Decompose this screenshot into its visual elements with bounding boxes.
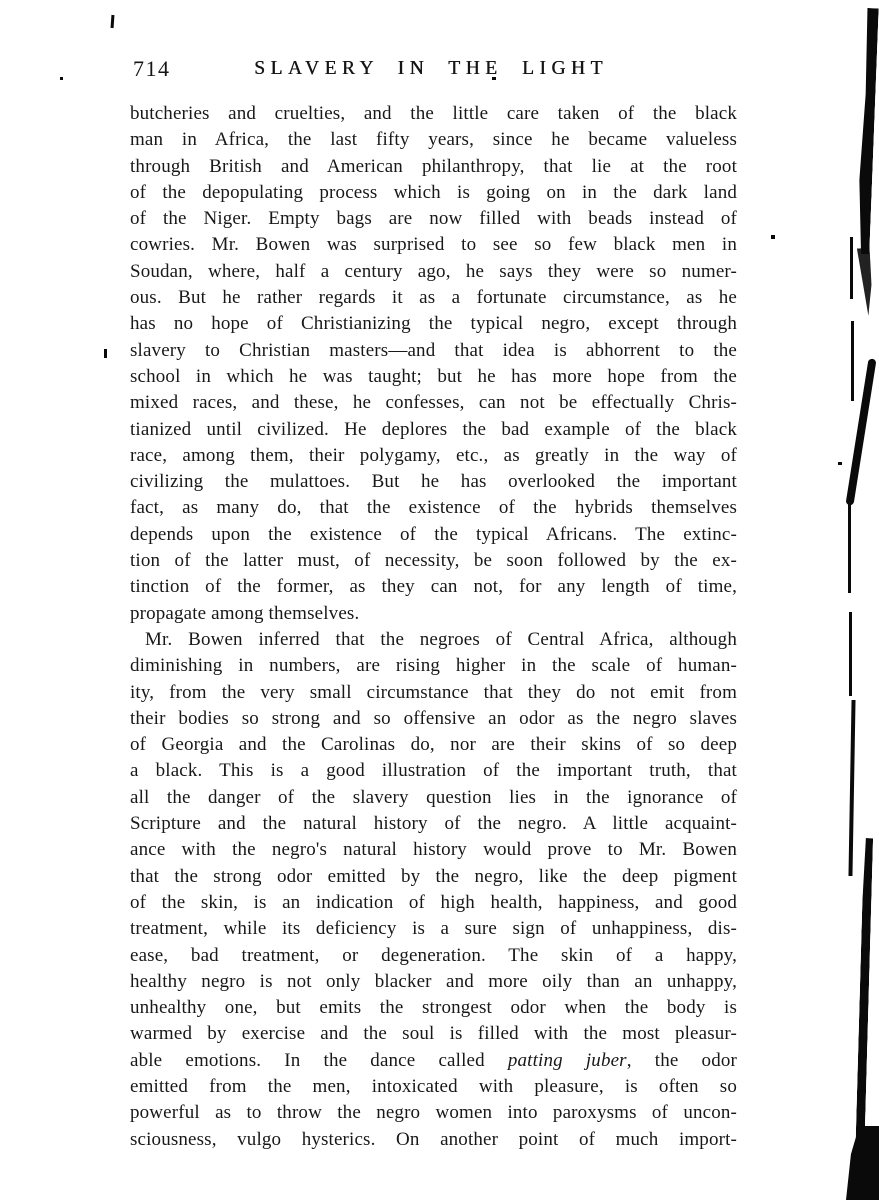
ink-speck bbox=[104, 349, 107, 358]
text-line: their bodies so strong and so offensive … bbox=[130, 706, 737, 732]
ink-blob bbox=[846, 1126, 879, 1200]
text-line: through British and American philanthrop… bbox=[130, 154, 737, 180]
text-line: mixed races, and these, he confesses, ca… bbox=[130, 390, 737, 416]
text-line: Mr. Bowen inferred that the negroes of C… bbox=[130, 627, 737, 653]
ink-speck bbox=[60, 77, 63, 80]
body-text-block: butcheries and cruelties, and the little… bbox=[130, 101, 737, 1153]
ink-streak bbox=[854, 8, 878, 254]
text-line: sciousness, vulgo hysterics. On another … bbox=[130, 1127, 737, 1153]
text-line: that the strong odor emitted by the negr… bbox=[130, 864, 737, 890]
text-line: race, among them, their polygamy, etc., … bbox=[130, 443, 737, 469]
running-header: 714 SLAVERY IN THE LIGHT bbox=[130, 56, 737, 84]
text-line: unhealthy one, but emits the strongest o… bbox=[130, 995, 737, 1021]
ink-speck bbox=[492, 77, 496, 80]
paragraph-1: butcheries and cruelties, and the little… bbox=[130, 101, 737, 627]
text-line: man in Africa, the last fifty years, sin… bbox=[130, 127, 737, 153]
text-line: fact, as many do, that the existence of … bbox=[130, 495, 737, 521]
ink-line bbox=[850, 237, 853, 299]
text-line: cowries. Mr. Bowen was surprised to see … bbox=[130, 232, 737, 258]
scanned-book-page: 714 SLAVERY IN THE LIGHT butcheries and … bbox=[0, 0, 879, 1200]
text-line: Scripture and the natural history of the… bbox=[130, 811, 737, 837]
text-line: civilizing the mulattoes. But he has ove… bbox=[130, 469, 737, 495]
text-line: ance with the negro's natural history wo… bbox=[130, 837, 737, 863]
ink-line bbox=[848, 498, 851, 593]
text-line: of Georgia and the Carolinas do, nor are… bbox=[130, 732, 737, 758]
text-line: propagate among themselves. bbox=[130, 601, 737, 627]
text-line: tion of the latter must, of necessity, b… bbox=[130, 548, 737, 574]
text-line: able emotions. In the dance called patti… bbox=[130, 1048, 737, 1074]
text-line: a black. This is a good illustration of … bbox=[130, 758, 737, 784]
ink-speck bbox=[771, 235, 775, 239]
text-line: slavery to Christian masters—and that id… bbox=[130, 338, 737, 364]
text-line: treatment, while its deficiency is a sur… bbox=[130, 916, 737, 942]
text-line: diminishing in numbers, are rising highe… bbox=[130, 653, 737, 679]
paragraph-2: Mr. Bowen inferred that the negroes of C… bbox=[130, 627, 737, 1153]
text-line: ous. But he rather regards it as a fortu… bbox=[130, 285, 737, 311]
text-line: emitted from the men, intoxicated with p… bbox=[130, 1074, 737, 1100]
text-line: all the danger of the slavery question l… bbox=[130, 785, 737, 811]
italic-phrase: patting juber bbox=[508, 1050, 627, 1071]
text-line: depends upon the existence of the typica… bbox=[130, 522, 737, 548]
ink-line bbox=[848, 700, 855, 876]
ink-line bbox=[851, 321, 854, 401]
text-line: Soudan, where, half a century ago, he sa… bbox=[130, 259, 737, 285]
text-line: healthy negro is not only blacker and mo… bbox=[130, 969, 737, 995]
ink-line bbox=[849, 612, 852, 696]
running-title: SLAVERY IN THE LIGHT bbox=[254, 58, 608, 80]
text-line: powerful as to throw the negro women int… bbox=[130, 1100, 737, 1126]
page-number: 714 bbox=[133, 56, 171, 82]
text-line: of the skin, is an indication of high he… bbox=[130, 890, 737, 916]
text-line: school in which he was taught; but he ha… bbox=[130, 364, 737, 390]
text-line: tinction of the former, as they can not,… bbox=[130, 574, 737, 600]
ink-tick-mark bbox=[111, 15, 115, 28]
text-line: tianized until civilized. He deplores th… bbox=[130, 417, 737, 443]
ink-streak bbox=[855, 248, 875, 317]
text-line: of the Niger. Empty bags are now filled … bbox=[130, 206, 737, 232]
text-line: warmed by exercise and the soul is fille… bbox=[130, 1021, 737, 1047]
text-line: ease, bad treatment, or degeneration. Th… bbox=[130, 943, 737, 969]
text-line: ity, from the very small circumstance th… bbox=[130, 680, 737, 706]
ink-speck bbox=[838, 462, 842, 465]
text-line: butcheries and cruelties, and the little… bbox=[130, 101, 737, 127]
text-line: has no hope of Christianizing the typica… bbox=[130, 311, 737, 337]
text-line: of the depopulating process which is goi… bbox=[130, 180, 737, 206]
